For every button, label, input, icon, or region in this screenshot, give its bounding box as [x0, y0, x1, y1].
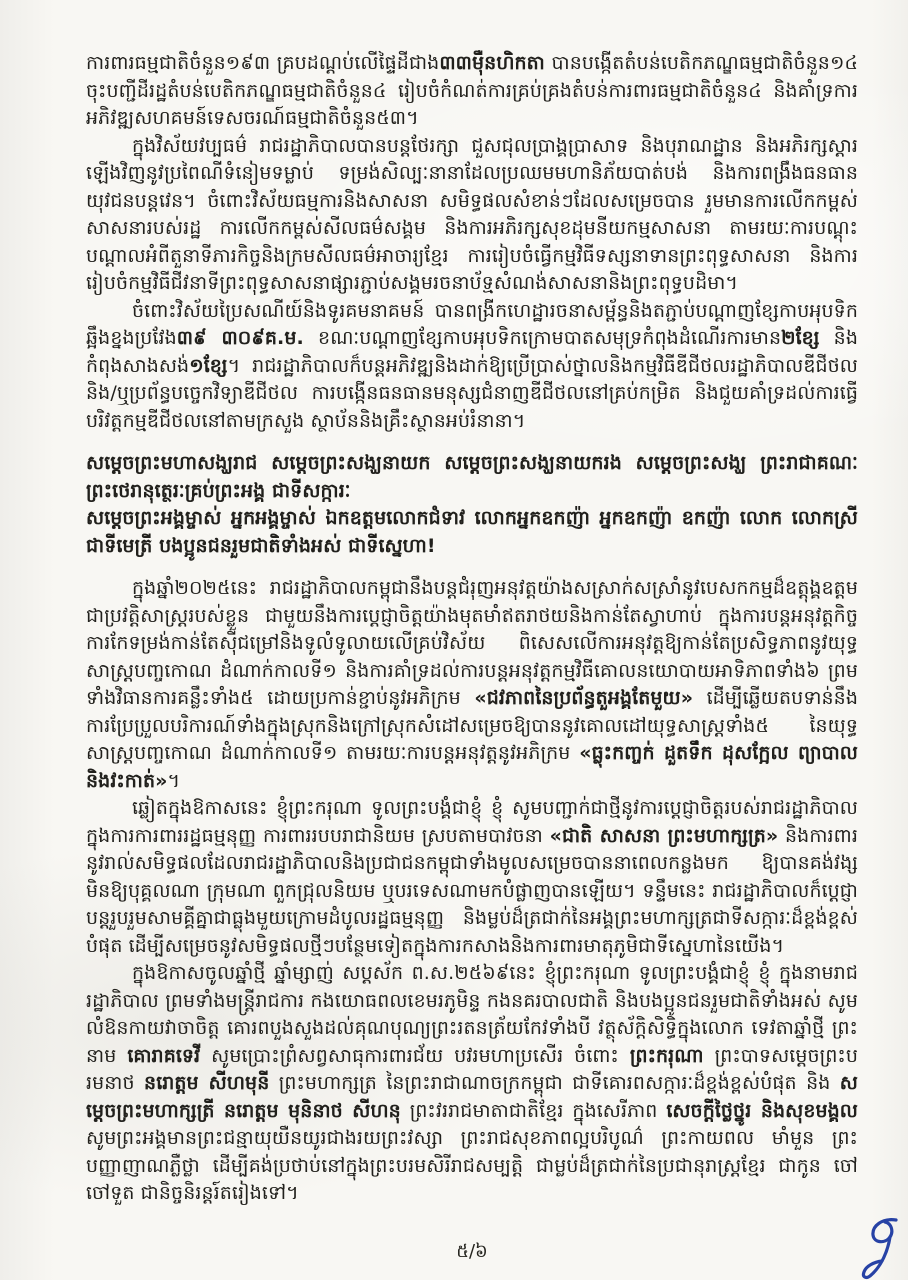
heading-paragraph: សម្តេចព្រះមហាសង្ឃរាជ សម្តេចព្រះសង្ឃនាយក … — [86, 450, 858, 505]
document-body: ការពារធម្មជាតិចំនួន១៩៣ គ្របដណ្តប់លើផ្ទៃដ… — [86, 50, 858, 1208]
heading-paragraph: សម្តេចព្រះអង្គម្ចាស់ អ្នកអង្គម្ចាស់ ឯកឧត… — [86, 505, 858, 560]
paragraph: ការពារធម្មជាតិចំនួន១៩៣ គ្របដណ្តប់លើផ្ទៃដ… — [86, 50, 858, 133]
scanned-page: ការពារធម្មជាតិចំនួន១៩៣ គ្របដណ្តប់លើផ្ទៃដ… — [0, 0, 908, 1280]
paragraph: ឆ្លៀតក្នុងឱកាសនេះ ខ្ញុំព្រះករុណា ទូលព្រះ… — [86, 795, 858, 960]
paragraph: ក្នុងឆ្នាំ២០២៥នេះ រាជរដ្ឋាភិបាលកម្ពុជានឹ… — [86, 575, 858, 795]
paragraph: ក្នុងឱកាសចូលឆ្នាំថ្មី ឆ្នាំម្សាញ់ សប្តស័… — [86, 960, 858, 1208]
footer-page-number: ៥/៦ — [86, 1239, 858, 1266]
signature-mark-icon — [852, 1214, 904, 1280]
paragraph: ចំពោះវិស័យប្រៃសណីយ៍និងទូរគមនាគមន៍ បានពង្… — [86, 298, 858, 436]
paragraph: ក្នុងវិស័យវប្បធម៌ រាជរដ្ឋាភិបាលបានបន្តថែ… — [86, 133, 858, 298]
